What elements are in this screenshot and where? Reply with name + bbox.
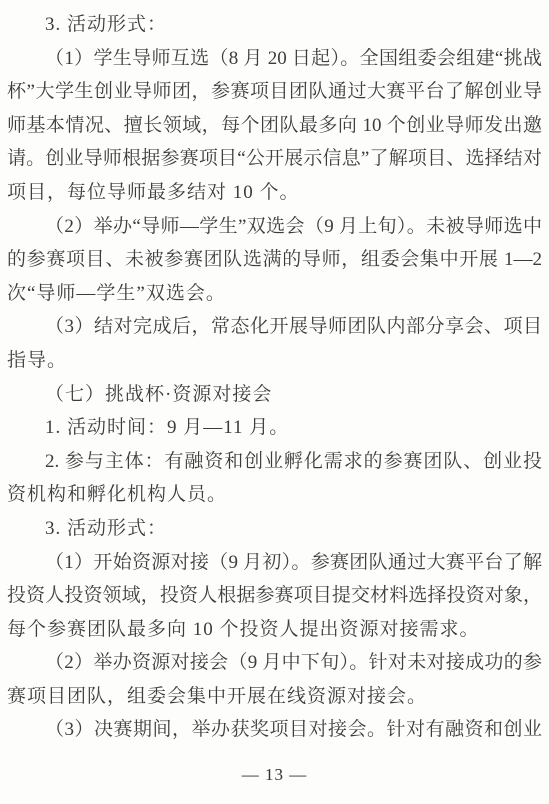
text-line: 的参赛项目、未被参赛团队选满的导师，组委会集中开展 1—2	[7, 243, 542, 277]
document-page: 3. 活动形式：（1）学生导师互选（8 月 20 日起）。全国组委会组建“挑战杯…	[0, 0, 549, 804]
text-line: （七）挑战杯·资源对接会	[7, 378, 542, 412]
text-line: 资机构和孵化机构人员。	[7, 478, 542, 512]
text-line: 次“导师—学生”双选会。	[7, 277, 542, 311]
text-line: （3）决赛期间，举办获奖项目对接会。针对有融资和创业	[7, 713, 542, 747]
text-line: （2）举办资源对接会（9 月中下旬）。针对未对接成功的参	[7, 646, 542, 680]
text-line: （1）学生导师互选（8 月 20 日起）。全国组委会组建“挑战	[7, 42, 542, 76]
text-line: 每个参赛团队最多向 10 个投资人提出资源对接需求。	[7, 613, 542, 647]
text-line: 请。创业导师根据参赛项目“公开展示信息”了解项目、选择结对	[7, 142, 542, 176]
text-line: 2. 参与主体：有融资和创业孵化需求的参赛团队、创业投	[7, 445, 542, 479]
document-body: 3. 活动形式：（1）学生导师互选（8 月 20 日起）。全国组委会组建“挑战杯…	[7, 8, 542, 747]
text-line: （1）开始资源对接（9 月初）。参赛团队通过大赛平台了解	[7, 546, 542, 580]
text-line: （3）结对完成后，常态化开展导师团队内部分享会、项目	[7, 310, 542, 344]
text-line: 杯”大学生创业导师团，参赛项目团队通过大赛平台了解创业导	[7, 75, 542, 109]
text-line: 赛项目团队，组委会集中开展在线资源对接会。	[7, 680, 542, 714]
text-line: （2）举办“导师—学生”双选会（9 月上旬）。未被导师选中	[7, 210, 542, 244]
text-line: 指导。	[7, 344, 542, 378]
text-line: 1. 活动时间：9 月—11 月。	[7, 411, 542, 445]
text-line: 投资人投资领域，投资人根据参赛项目提交材料选择投资对象，	[7, 579, 542, 613]
page-number: — 13 —	[0, 764, 549, 786]
text-line: 项目，每位导师最多结对 10 个。	[7, 176, 542, 210]
text-line: 3. 活动形式：	[7, 512, 542, 546]
text-line: 3. 活动形式：	[7, 8, 542, 42]
text-line: 师基本情况、擅长领域，每个团队最多向 10 个创业导师发出邀	[7, 109, 542, 143]
